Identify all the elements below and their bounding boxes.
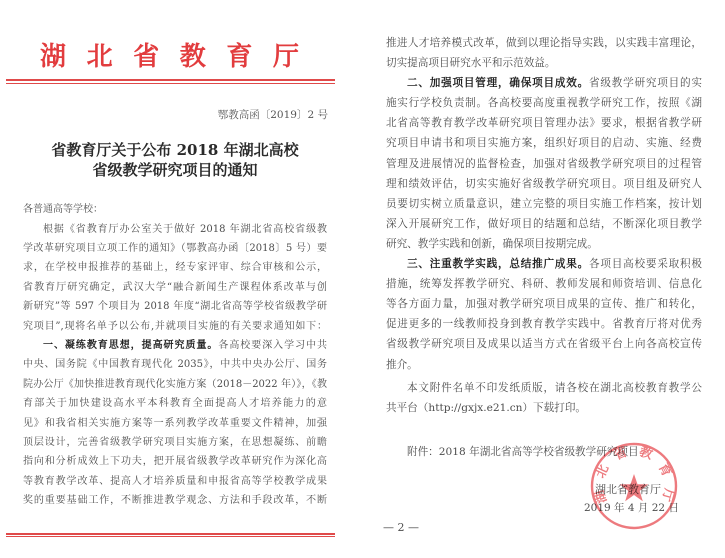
line-text: 中央、国务院《中国教育现代化 2035》，中共中央办公厅、国务 <box>23 359 327 370</box>
body-line: 管理及进展情况的监督检查，加强对省级教学研究项目的过程管 <box>386 154 702 174</box>
body-line: 一、凝练教育思想，提高研究质量。各高校要深入学习中共 <box>23 336 327 355</box>
body-line: 措施，统筹发挥教学研究、科研、教师发展和师资培训、信息化 <box>386 274 702 294</box>
body-line: 育部关于加快建设高水平本科教育全面提高人才培养能力的意 <box>23 394 327 413</box>
line-text: 北省高等教育教学改革研究项目管理办法》要求，根据省教学研 <box>386 117 702 129</box>
body-line: 施实行学校负责制。各高校要高度重视教学研究工作，按照《湖 <box>386 93 702 113</box>
title-line-1: 省教育厅关于公布 2018 年湖北高校 <box>23 140 327 160</box>
line-text: 省教育厅研究确定，武汉大学“融合新闻生产课程体系改革与创 <box>23 282 327 293</box>
line-text: 管理及进展情况的监督检查，加强对省级教学研究项目的过程管 <box>386 158 702 170</box>
line-text: 省级教学研究项目的实 <box>589 77 702 89</box>
line-text: 促进更多的一线教师投身到教育教学实践中。省教育厅将对优秀 <box>386 318 702 330</box>
line-text: 本文附件名单不印发纸质版，请各校在湖北高校教育教学公 <box>407 382 702 394</box>
line-text: 院办公厅《加快推进教育现代化实施方案（2018－2022 年）》，《教 <box>23 379 327 390</box>
line-text: 新研究”等 597 个项目为 2018 年度“湖北省高等学校省级教学研 <box>23 301 327 312</box>
line-text: 深入开展研究工作，做好项目的结题和总结，不断深化项目教学 <box>386 218 702 230</box>
download-link-line: 共平台（http://gxjx.e21.cn）下载打印。 <box>386 402 586 414</box>
body-line: 切实提高项目研究水平和示范效益。 <box>386 53 702 73</box>
body-line: 省教育厅研究确定，武汉大学“融合新闻生产课程体系改革与创 <box>23 278 327 297</box>
seal-text: 湖北省教育厅 <box>591 443 677 505</box>
body-line: 顶层设计，完善省级教学研究项目实施方案，在思想凝练、前瞻 <box>23 433 327 452</box>
line-text: 学改革研究项目立项工作的通知》（鄂教高办函〔2018〕5 号）要 <box>23 243 327 254</box>
body-line: 究项目”,现将名单予以公布,并就项目实施的有关要求通知如下： <box>23 317 327 336</box>
body-line: 等教育教学改革、提高人才培养质量和申报省高等学校教学成果 <box>23 472 327 491</box>
line-text: 育部关于加快建设高水平本科教育全面提高人才培养能力的意 <box>23 398 327 409</box>
body-line: 省级教学研究项目及成果以适当方式在省级平台上向各高校宣传 <box>386 334 702 354</box>
body-line: 院办公厅《加快推进教育现代化实施方案（2018－2022 年）》，《教 <box>23 375 327 394</box>
line-text: 各高校要深入学习中共 <box>218 340 327 351</box>
body-line: 等各方面力量，加强对教学研究项目成果的宣传、推广和转化， <box>386 294 702 314</box>
body-line: 新研究”等 597 个项目为 2018 年度“湖北省高等学校省级教学研 <box>23 297 327 316</box>
body-line: 指向和分析成效上下功夫，把开展省级教学改革研究作为深化高 <box>23 452 327 471</box>
body-line: 根据《省教育厅办公室关于做好 2018 年湖北省高校省级教 <box>23 220 327 239</box>
line-text: 各项目高校要采取积极 <box>589 258 702 270</box>
line-text: 员要切实树立质量意识，建立完整的项目实施工作档案，按计划 <box>386 198 702 210</box>
body-line: 员要切实树立质量意识，建立完整的项目实施工作档案，按计划 <box>386 194 702 214</box>
body-line: 本文附件名单不印发纸质版，请各校在湖北高校教育教学公 <box>386 378 702 398</box>
document-spread: 湖北省教育厅 鄂教高函〔2019〕2 号 省教育厅关于公布 2018 年湖北高校… <box>0 0 725 558</box>
body-line: 三、注重教学实践，总结推广成果。各项目高校要采取积极 <box>386 254 702 274</box>
left-page: 湖北省教育厅 鄂教高函〔2019〕2 号 省教育厅关于公布 2018 年湖北高校… <box>0 0 362 558</box>
line-text: 究项目”,现将名单予以公布,并就项目实施的有关要求通知如下： <box>23 321 327 332</box>
line-text: 等教育教学改革、提高人才培养质量和申报省高等学校教学成果 <box>23 476 327 487</box>
body-line: 促进更多的一线教师投身到教育教学实践中。省教育厅将对优秀 <box>386 314 702 334</box>
document-title: 省教育厅关于公布 2018 年湖北高校 省级教学研究项目的通知 <box>23 140 327 180</box>
page-number: — 2 — <box>383 521 419 535</box>
salutation: 各普通高等学校： <box>23 200 327 219</box>
line-text: 切实提高项目研究水平和示范效益。 <box>386 57 556 69</box>
body-line: 中央、国务院《中国教育现代化 2035》，中共中央办公厅、国务 <box>23 355 327 374</box>
line-text: 省级教学研究项目及成果以适当方式在省级平台上向各高校宣传 <box>386 338 702 350</box>
line-text: 顶层设计，完善省级教学研究项目实施方案，在思想凝练、前瞻 <box>23 437 327 448</box>
letterhead-rule-thin <box>6 83 335 84</box>
line-text: 研究、教学实践和创新，确保项目按期完成。 <box>386 238 598 250</box>
section-heading-3: 三、注重教学实践，总结推广成果。 <box>407 258 589 270</box>
line-text: 等各方面力量，加强对教学研究项目成果的宣传、推广和转化， <box>386 298 702 310</box>
line-text: 推进人才培养模式改革，做到以理论指导实践，以实践丰富理论， <box>386 37 702 49</box>
line-text: 理和绩效评估，切实实施好省级教学研究项目。项目组及研究人 <box>386 178 702 190</box>
letterhead-rule-thick <box>6 79 335 81</box>
title-line-2: 省级教学研究项目的通知 <box>23 160 327 180</box>
body-line: 研究、教学实践和创新，确保项目按期完成。 <box>386 234 702 254</box>
official-seal-stamp: 湖北省教育厅 <box>589 441 679 531</box>
footer-rule-thin <box>6 536 335 537</box>
body-line: 理和绩效评估，切实实施好省级教学研究项目。项目组及研究人 <box>386 174 702 194</box>
line-text: 根据《省教育厅办公室关于做好 2018 年湖北省高校省级教 <box>43 224 327 235</box>
letterhead-title: 湖北省教育厅 <box>40 42 320 72</box>
body-line: 奖的重要基础工作，不断推进教学观念、方法和手段改革，不断 <box>23 491 327 510</box>
line-text: 奖的重要基础工作，不断推进教学观念、方法和手段改革，不断 <box>23 495 327 506</box>
body-line: 二、加强项目管理，确保项目成效。省级教学研究项目的实 <box>386 73 702 93</box>
body-line: 深入开展研究工作，做好项目的结题和总结，不断深化项目教学 <box>386 214 702 234</box>
body-line: 北省高等教育教学改革研究项目管理办法》要求，根据省教学研 <box>386 113 702 133</box>
body-line: 求，在学校申报推荐的基础上，经专家评审、综合审核和公示， <box>23 258 327 277</box>
line-text: 推介。 <box>386 359 418 371</box>
line-text: 见》和我省相关实施方案等一系列教学改革重要文件精神，加强 <box>23 418 327 429</box>
line-text: 求，在学校申报推荐的基础上，经专家评审、综合审核和公示， <box>23 262 327 273</box>
body-line: 推介。 <box>386 355 702 375</box>
line-text: 究项目申请书和项目实施方案，组织好项目的启动、实施、经费 <box>386 137 702 149</box>
body-line: 推进人才培养模式改革，做到以理论指导实践，以实践丰富理论， <box>386 33 702 53</box>
star-icon <box>620 474 649 501</box>
section-heading-1: 一、凝练教育思想，提高研究质量。 <box>43 340 218 351</box>
footer-rule-thick <box>6 533 335 535</box>
section-heading-2: 二、加强项目管理，确保项目成效。 <box>407 77 589 89</box>
left-body-text: 各普通高等学校： 根据《省教育厅办公室关于做好 2018 年湖北省高校省级教 学… <box>23 200 327 510</box>
document-number: 鄂教高函〔2019〕2 号 <box>200 109 328 121</box>
line-text: 指向和分析成效上下功夫，把开展省级教学改革研究作为深化高 <box>23 456 327 467</box>
line-text: 措施，统筹发挥教学研究、科研、教师发展和师资培训、信息化 <box>386 278 702 290</box>
body-line: 究项目申请书和项目实施方案，组织好项目的启动、实施、经费 <box>386 133 702 153</box>
right-page: 推进人才培养模式改革，做到以理论指导实践，以实践丰富理论， 切实提高项目研究水平… <box>362 0 725 558</box>
right-body-text: 推进人才培养模式改革，做到以理论指导实践，以实践丰富理论， 切实提高项目研究水平… <box>386 33 702 418</box>
body-line: 见》和我省相关实施方案等一系列教学改革重要文件精神，加强 <box>23 414 327 433</box>
line-text: 施实行学校负责制。各高校要高度重视教学研究工作，按照《湖 <box>386 97 702 109</box>
body-line: 共平台（http://gxjx.e21.cn）下载打印。 <box>386 398 702 418</box>
body-line: 学改革研究项目立项工作的通知》（鄂教高办函〔2018〕5 号）要 <box>23 239 327 258</box>
